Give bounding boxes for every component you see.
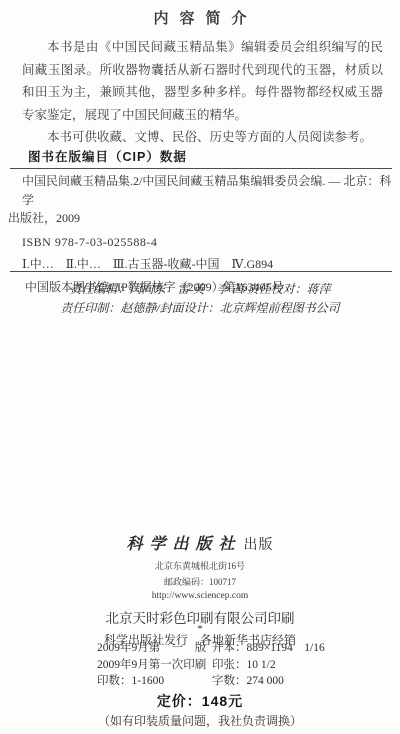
- colophon-print-run: 印数：1-1600: [97, 673, 212, 690]
- publisher-website: http://www.sciencep.com: [0, 591, 400, 601]
- colophon-word-count: 字数：274 000: [212, 673, 390, 690]
- credits-editors: 责任编辑：闫向东 雷 英 李 茜/责任校对：蒋萍: [0, 280, 400, 299]
- intro-paragraph-1: 本书是由《中国民间藏玉精品集》编辑委员会组织编写的民间藏玉图录。所收器物囊括从新…: [22, 36, 383, 126]
- quality-note: （如有印装质量问题，我社负责调换）: [0, 712, 400, 729]
- colophon-edition: 2009年9月第 一 版: [97, 640, 212, 657]
- publisher-logo-line: 科学出版社出版: [0, 531, 400, 554]
- cip-entry-line-1: 中国民间藏玉精品集.2/中国民间藏玉精品集编辑委员会编. — 北京：科学: [8, 172, 392, 209]
- cip-divider-bottom: [10, 271, 392, 272]
- intro-section: 本书是由《中国民间藏玉精品集》编辑委员会组织编写的民间藏玉图录。所收器物囊括从新…: [22, 36, 383, 149]
- publisher-postcode: 邮政编码：100717: [0, 575, 400, 588]
- credits-printing-design: 责任印制：赵德静/封面设计：北京辉煌前程图书公司: [0, 299, 400, 318]
- copyright-page: 内容简介 本书是由《中国民间藏玉精品集》编辑委员会组织编写的民间藏玉图录。所收器…: [0, 0, 400, 734]
- cip-divider-top: [10, 168, 392, 169]
- intro-title: 内容简介: [0, 7, 400, 28]
- intro-paragraph-2: 本书可供收藏、文博、民俗、历史等方面的人员阅读参考。: [22, 126, 383, 149]
- publisher-logo: 科学出版社: [126, 536, 241, 553]
- cip-isbn: ISBN 978-7-03-025588-4: [8, 233, 392, 252]
- publisher-logo-suffix: 出版: [244, 538, 274, 553]
- colophon-format: 开本：889×1194 1/16: [212, 640, 390, 657]
- colophon-right-column: 开本：889×1194 1/16 印张：10 1/2 字数：274 000: [212, 640, 390, 690]
- colophon-left-column: 2009年9月第 一 版 2009年9月第一次印刷 印数：1-1600: [97, 640, 212, 690]
- price-line: 定价：148元: [0, 691, 400, 711]
- cip-entry-line-2: 出版社，2009: [8, 209, 392, 228]
- cip-header: 图书在版编目（CIP）数据: [28, 147, 187, 165]
- colophon-sheets: 印张：10 1/2: [212, 657, 390, 674]
- asterisk-separator: *: [0, 623, 400, 635]
- colophon-table: 2009年9月第 一 版 2009年9月第一次印刷 印数：1-1600 开本：8…: [97, 640, 390, 690]
- credits-section: 责任编辑：闫向东 雷 英 李 茜/责任校对：蒋萍 责任印制：赵德静/封面设计：北…: [0, 280, 400, 318]
- cip-body: 中国民间藏玉精品集.2/中国民间藏玉精品集编辑委员会编. — 北京：科学 出版社…: [8, 172, 392, 296]
- colophon-printing: 2009年9月第一次印刷: [97, 657, 212, 674]
- publisher-address: 北京东黄城根北街16号: [0, 559, 400, 572]
